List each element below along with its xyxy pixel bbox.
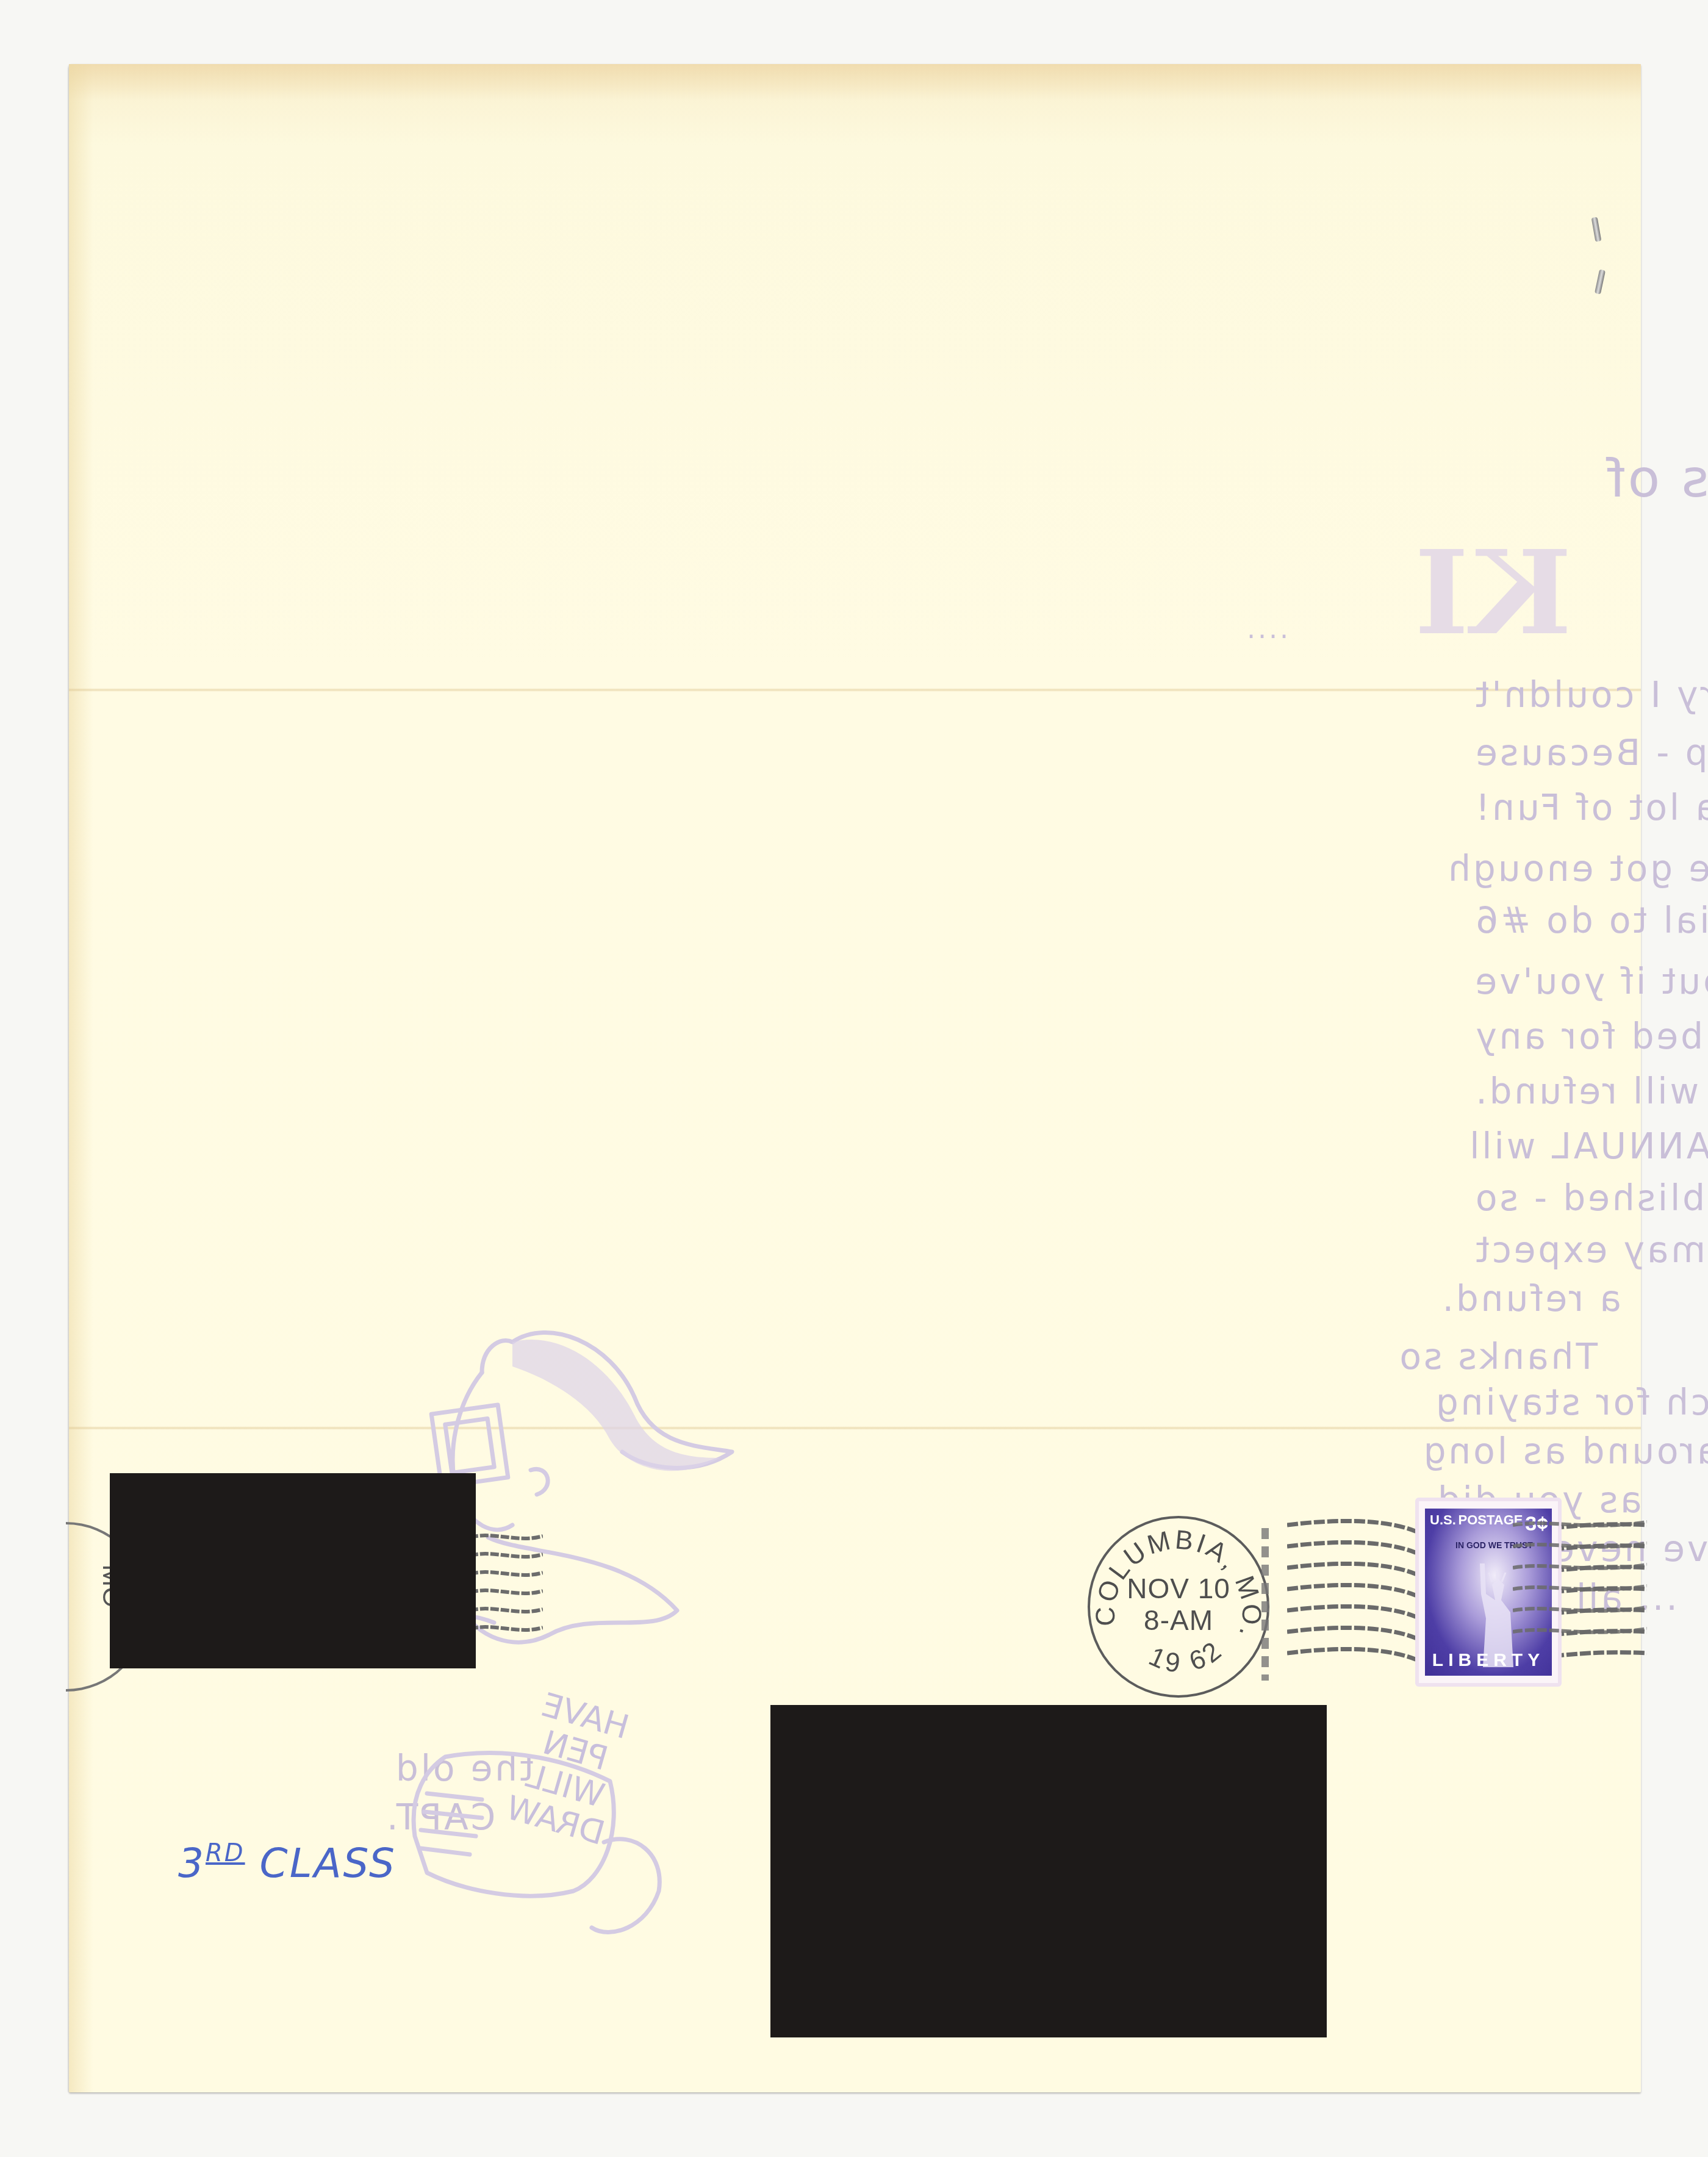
annotation-number: 3 [178, 1840, 206, 1887]
letter-line: again you may expect [1473, 1232, 1708, 1268]
svg-text:19 62: 19 62 [1144, 1634, 1230, 1678]
cancellation-lines-over-stamp [1513, 1516, 1647, 1656]
letter-line: subscribed for any [1473, 1019, 1708, 1054]
letter-salutation: Readers of [1604, 448, 1708, 509]
cancellation-lines-left [470, 1531, 543, 1659]
letter-line: - but if you've [1473, 964, 1708, 999]
letter-line: past #6 - I will refund. [1473, 1074, 1708, 1109]
annotation-class: CLASS [260, 1840, 396, 1887]
postmark-time: 8-AM [1090, 1604, 1267, 1637]
stamp-country: U.S. [1430, 1512, 1456, 1536]
letter-line: around as long [1421, 1434, 1708, 1469]
letter-line: much for staying [1433, 1385, 1708, 1420]
letter-line: not be published - so [1473, 1180, 1708, 1216]
letter-line: keep it up - Because [1473, 735, 1708, 770]
postmark-date: NOV 10 [1090, 1572, 1267, 1605]
redacted-return-address [110, 1473, 476, 1668]
letter-line: TYRO ANNUAL will [1467, 1129, 1708, 1164]
meter-strip [1261, 1528, 1269, 1681]
redacted-recipient-address [770, 1705, 1327, 2037]
mail-class-annotation: 3RD CLASS [178, 1839, 396, 1887]
letter-ellipsis: .... [1244, 616, 1288, 643]
letter-line: I've got enough [1446, 851, 1708, 886]
letter-masthead: KI [1412, 525, 1572, 661]
postmark: COLUMBIA, MO. 19 62 NOV 10 8-AM [1088, 1516, 1269, 1698]
letter-line: it was a lot of Fun! [1473, 790, 1708, 825]
letter-line: a refund. [1440, 1281, 1621, 1316]
fold-crease-lower [69, 1426, 1641, 1430]
letter-line: material to do #6 [1473, 903, 1708, 938]
letter-line: Thanks so [1397, 1339, 1597, 1374]
annotation-suffix: RD [206, 1839, 245, 1867]
fold-crease-upper [69, 688, 1641, 692]
letter-line: Sorry I couldn't [1473, 677, 1708, 712]
